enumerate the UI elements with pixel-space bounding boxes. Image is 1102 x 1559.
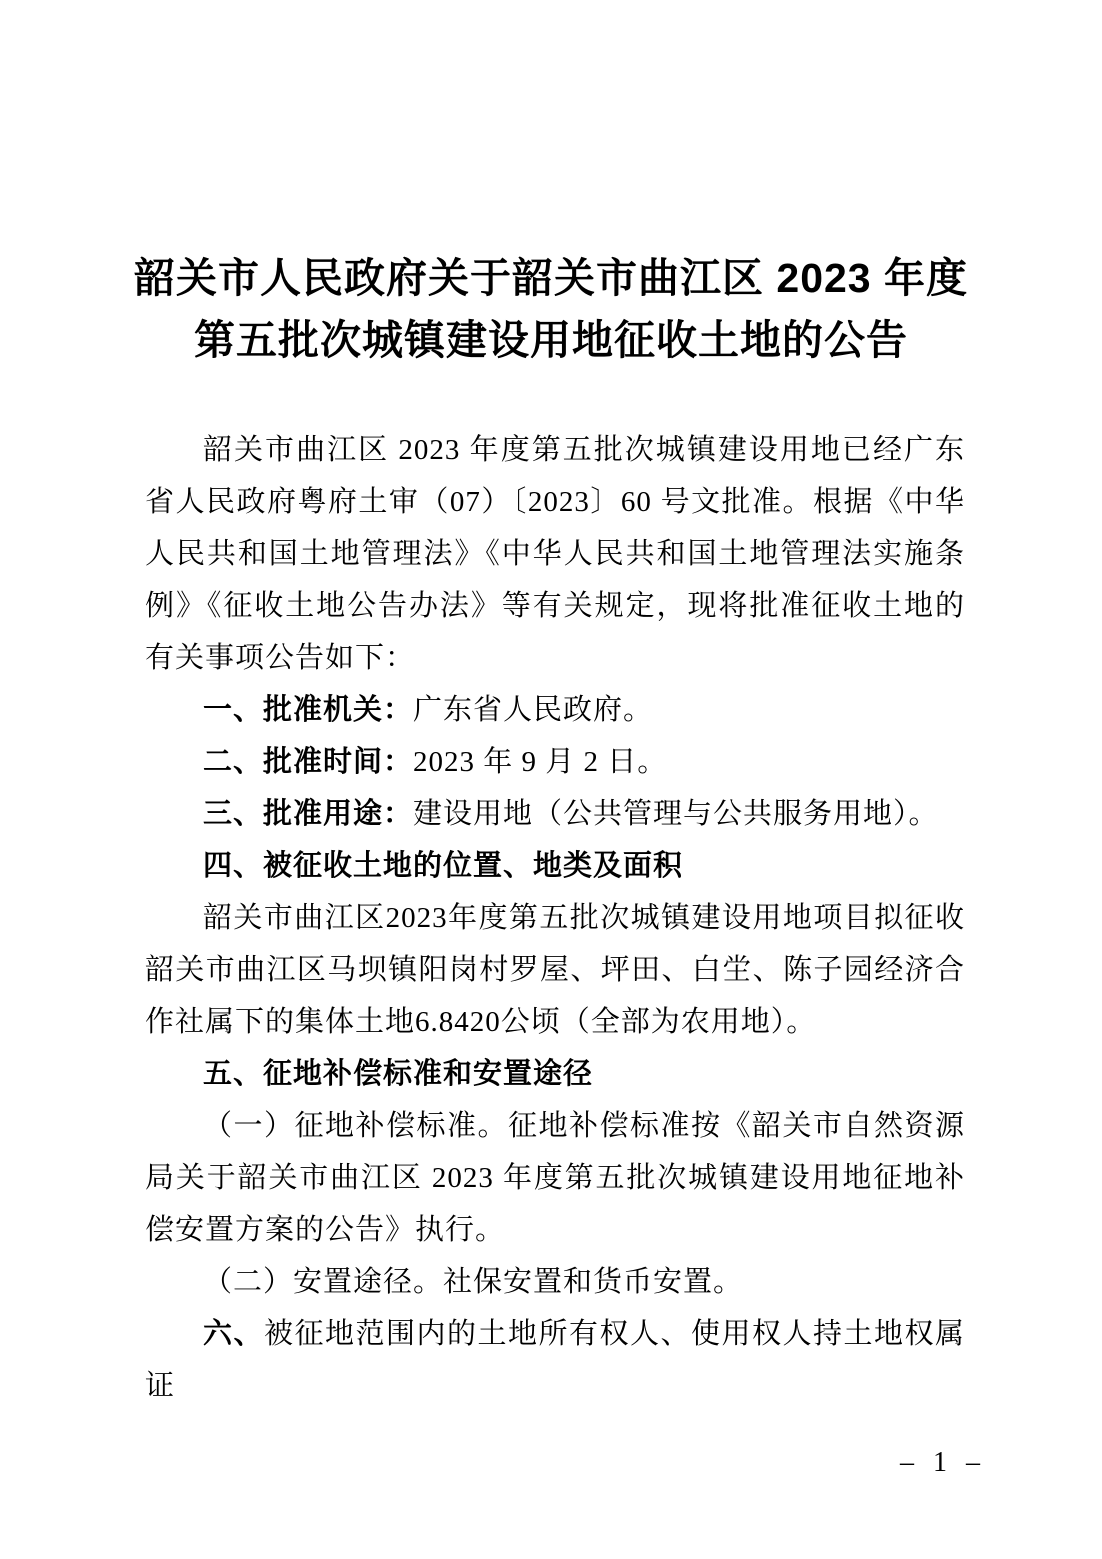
- paragraph: 六、被征地范围内的土地所有权人、使用权人持土地权属证: [145, 1308, 965, 1412]
- document-title: 韶关市人民政府关于韶关市曲江区 2023 年度 第五批次城镇建设用地征收土地的公…: [0, 247, 1102, 371]
- bold-text-segment: 六、: [203, 1318, 264, 1350]
- document-title-line-1: 韶关市人民政府关于韶关市曲江区 2023 年度: [0, 247, 1102, 309]
- document-body: 韶关市曲江区 2023 年度第五批次城镇建设用地已经广东省人民政府粤府土审（07…: [145, 424, 965, 1412]
- paragraph: 韶关市曲江区2023年度第五批次城镇建设用地项目拟征收韶关市曲江区马坝镇阳岗村罗…: [145, 892, 965, 1048]
- text-segment: 韶关市曲江区2023年度第五批次城镇建设用地项目拟征收韶关市曲江区马坝镇阳岗村罗…: [145, 902, 965, 1038]
- text-segment: 2023 年 9 月 2 日。: [413, 746, 667, 778]
- paragraph: 四、被征收土地的位置、地类及面积: [145, 840, 965, 892]
- bold-text-segment: 五、征地补偿标准和安置途径: [203, 1058, 593, 1090]
- bold-text-segment: 一、批准机关：: [203, 694, 413, 726]
- text-segment: 广东省人民政府。: [413, 694, 653, 726]
- paragraph: 韶关市曲江区 2023 年度第五批次城镇建设用地已经广东省人民政府粤府土审（07…: [145, 424, 965, 684]
- paragraph: 五、征地补偿标准和安置途径: [145, 1048, 965, 1100]
- text-segment: 韶关市曲江区 2023 年度第五批次城镇建设用地已经广东省人民政府粤府土审（07…: [145, 434, 965, 674]
- text-segment: （二）安置途径。社保安置和货币安置。: [203, 1266, 743, 1298]
- document-page: 韶关市人民政府关于韶关市曲江区 2023 年度 第五批次城镇建设用地征收土地的公…: [0, 0, 1102, 1559]
- paragraph: 二、批准时间：2023 年 9 月 2 日。: [145, 736, 965, 788]
- paragraph: 一、批准机关：广东省人民政府。: [145, 684, 965, 736]
- text-segment: （一）征地补偿标准。征地补偿标准按《韶关市自然资源局关于韶关市曲江区 2023 …: [145, 1110, 965, 1246]
- text-segment: 被征地范围内的土地所有权人、使用权人持土地权属证: [145, 1318, 965, 1402]
- paragraph: 三、批准用途：建设用地（公共管理与公共服务用地）。: [145, 788, 965, 840]
- page-number: – 1 –: [900, 1447, 986, 1479]
- bold-text-segment: 三、批准用途：: [203, 798, 413, 830]
- paragraph: （一）征地补偿标准。征地补偿标准按《韶关市自然资源局关于韶关市曲江区 2023 …: [145, 1100, 965, 1256]
- text-segment: 建设用地（公共管理与公共服务用地）。: [413, 798, 939, 830]
- document-title-line-2: 第五批次城镇建设用地征收土地的公告: [0, 309, 1102, 371]
- paragraph: （二）安置途径。社保安置和货币安置。: [145, 1256, 965, 1308]
- bold-text-segment: 二、批准时间：: [203, 746, 413, 778]
- bold-text-segment: 四、被征收土地的位置、地类及面积: [203, 850, 683, 882]
